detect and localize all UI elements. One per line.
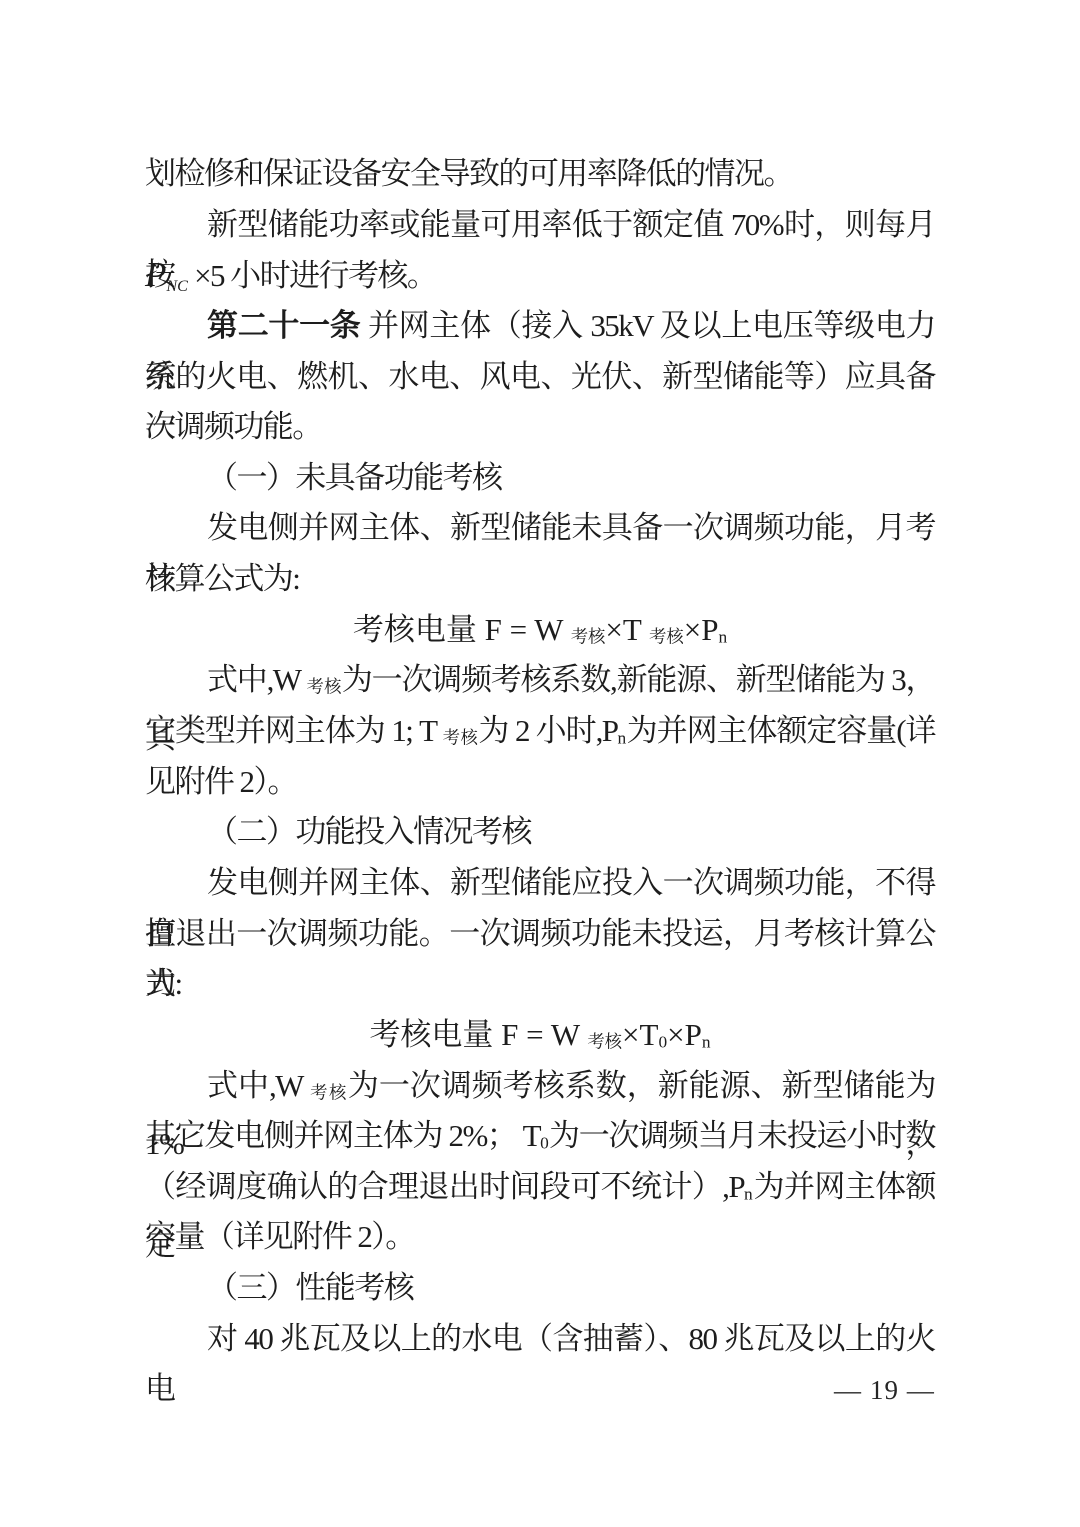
line-formula-2-note-4: 容量（详见附件 2）。 bbox=[145, 1212, 935, 1263]
line-section-3-heading: （三）性能考核 bbox=[145, 1263, 935, 1314]
line-formula-2: 考核电量 F = W 考核×T0×Pn bbox=[145, 1010, 935, 1061]
text-segment: 容量（详见附件 2）。 bbox=[145, 1219, 415, 1254]
text-segment: 其它发电侧并网主体为 2%； T bbox=[145, 1118, 540, 1153]
document-body: 划检修和保证设备安全导致的可用率降低的情况。新型储能功率或能量可用率低于额定值 … bbox=[145, 149, 935, 1364]
text-segment: 划检修和保证设备安全导致的可用率降低的情况。 bbox=[145, 156, 793, 191]
line-formula-1: 考核电量 F = W 考核×T 考核×Pn bbox=[145, 605, 935, 656]
line-article21-2: 统的火电、燃机、水电、风电、光伏、新型储能等）应具备一 bbox=[145, 352, 935, 403]
text-segment: ×P bbox=[684, 612, 719, 647]
line-storage-availability-1: 新型储能功率或能量可用率低于额定值 70%时，则每月按 bbox=[145, 200, 935, 251]
line-section-2-heading: （二）功能投入情况考核 bbox=[145, 807, 935, 858]
text-segment-isub: NC bbox=[166, 278, 188, 295]
text-segment: ×T bbox=[622, 1017, 658, 1052]
text-segment-sub: n bbox=[744, 1184, 753, 1203]
line-formula-1-note-2: 它类型并网主体为 1; T 考核为 2 小时,Pn为并网主体额定容量(详 bbox=[145, 706, 935, 757]
line-section-2-body-3: 为: bbox=[145, 959, 935, 1010]
text-segment-sub: n bbox=[617, 728, 626, 747]
text-segment: 为 2 小时,P bbox=[478, 713, 617, 748]
text-segment-sub: 考核 bbox=[310, 1083, 348, 1102]
line-formula-2-note-3: （经调度确认的合理退出时间段可不统计）,Pn为并网主体额定 bbox=[145, 1162, 935, 1213]
text-segment: （经调度确认的合理退出时间段可不统计）,P bbox=[145, 1169, 744, 1204]
text-segment-sub: n bbox=[718, 627, 727, 646]
text-segment: 次调频功能。 bbox=[145, 409, 322, 444]
text-segment: ×T bbox=[605, 612, 649, 647]
text-segment: ×P bbox=[667, 1017, 702, 1052]
text-segment: 对 40 兆瓦及以上的水电（含抽蓄）、80 兆瓦及以上的火电 bbox=[145, 1321, 935, 1407]
text-segment: 式中,W bbox=[207, 1068, 310, 1103]
line-section-2-body-1: 发电侧并网主体、新型储能应投入一次调频功能，不得擅 bbox=[145, 858, 935, 909]
line-storage-availability-2: PNC ×5 小时进行考核。 bbox=[145, 250, 935, 301]
line-section-3-body-1: 对 40 兆瓦及以上的水电（含抽蓄）、80 兆瓦及以上的火电 bbox=[145, 1314, 935, 1365]
text-segment: 见附件 2）。 bbox=[145, 764, 297, 799]
text-segment: 它类型并网主体为 1; T bbox=[145, 713, 443, 748]
line-formula-2-note-1: 式中,W 考核为一次调频考核系数，新能源、新型储能为 1%， bbox=[145, 1061, 935, 1112]
page-number: — 19 — bbox=[834, 1374, 935, 1406]
line-section-1-heading: （一）未具备功能考核 bbox=[145, 453, 935, 504]
text-segment: 为: bbox=[145, 966, 182, 1001]
line-section-1-body-2: 计算公式为: bbox=[145, 554, 935, 605]
line-article21-3: 次调频功能。 bbox=[145, 402, 935, 453]
text-segment-sub: 考核 bbox=[571, 627, 606, 646]
text-segment: 计算公式为: bbox=[145, 561, 299, 596]
text-segment: 为一次调频当月未投运小时数 bbox=[549, 1118, 935, 1153]
line-article21-1: 第二十一条 并网主体（接入 35kV 及以上电压等级电力系 bbox=[145, 301, 935, 352]
text-segment-sub: 考核 bbox=[649, 627, 684, 646]
text-segment: （三）性能考核 bbox=[207, 1270, 413, 1305]
text-segment-sub: 考核 bbox=[587, 1032, 622, 1051]
text-segment-b: 第二十一条 bbox=[207, 308, 361, 343]
text-segment-sub: 考核 bbox=[443, 728, 479, 747]
line-formula-1-note-3: 见附件 2）。 bbox=[145, 757, 935, 808]
line-section-1-body-1: 发电侧并网主体、新型储能未具备一次调频功能，月考核 bbox=[145, 503, 935, 554]
text-segment: （二）功能投入情况考核 bbox=[207, 814, 531, 849]
line-section-2-body-2: 自退出一次调频功能。一次调频功能未投运，月考核计算公式 bbox=[145, 909, 935, 960]
text-segment-sub: 0 bbox=[540, 1134, 549, 1153]
line-formula-1-note-1: 式中,W 考核为一次调频考核系数,新能源、新型储能为 3，其 bbox=[145, 655, 935, 706]
text-segment-sub: 0 bbox=[658, 1032, 667, 1051]
line-formula-2-note-2: 其它发电侧并网主体为 2%； T0为一次调频当月未投运小时数 bbox=[145, 1111, 935, 1162]
document-page: 划检修和保证设备安全导致的可用率降低的情况。新型储能功率或能量可用率低于额定值 … bbox=[0, 0, 1080, 1527]
text-segment: 考核电量 F = W bbox=[369, 1017, 587, 1052]
text-segment: 考核电量 F = W bbox=[353, 612, 571, 647]
text-segment: 式中,W bbox=[207, 662, 306, 697]
text-segment-sub: n bbox=[702, 1032, 711, 1051]
text-segment: 为并网主体额定容量(详 bbox=[626, 713, 935, 748]
line-para-availability-end: 划检修和保证设备安全导致的可用率降低的情况。 bbox=[145, 149, 935, 200]
text-segment: （一）未具备功能考核 bbox=[207, 460, 502, 495]
text-segment-i: P bbox=[145, 255, 166, 294]
text-segment: ×5 小时进行考核。 bbox=[188, 258, 436, 293]
text-segment-sub: 考核 bbox=[306, 678, 341, 697]
